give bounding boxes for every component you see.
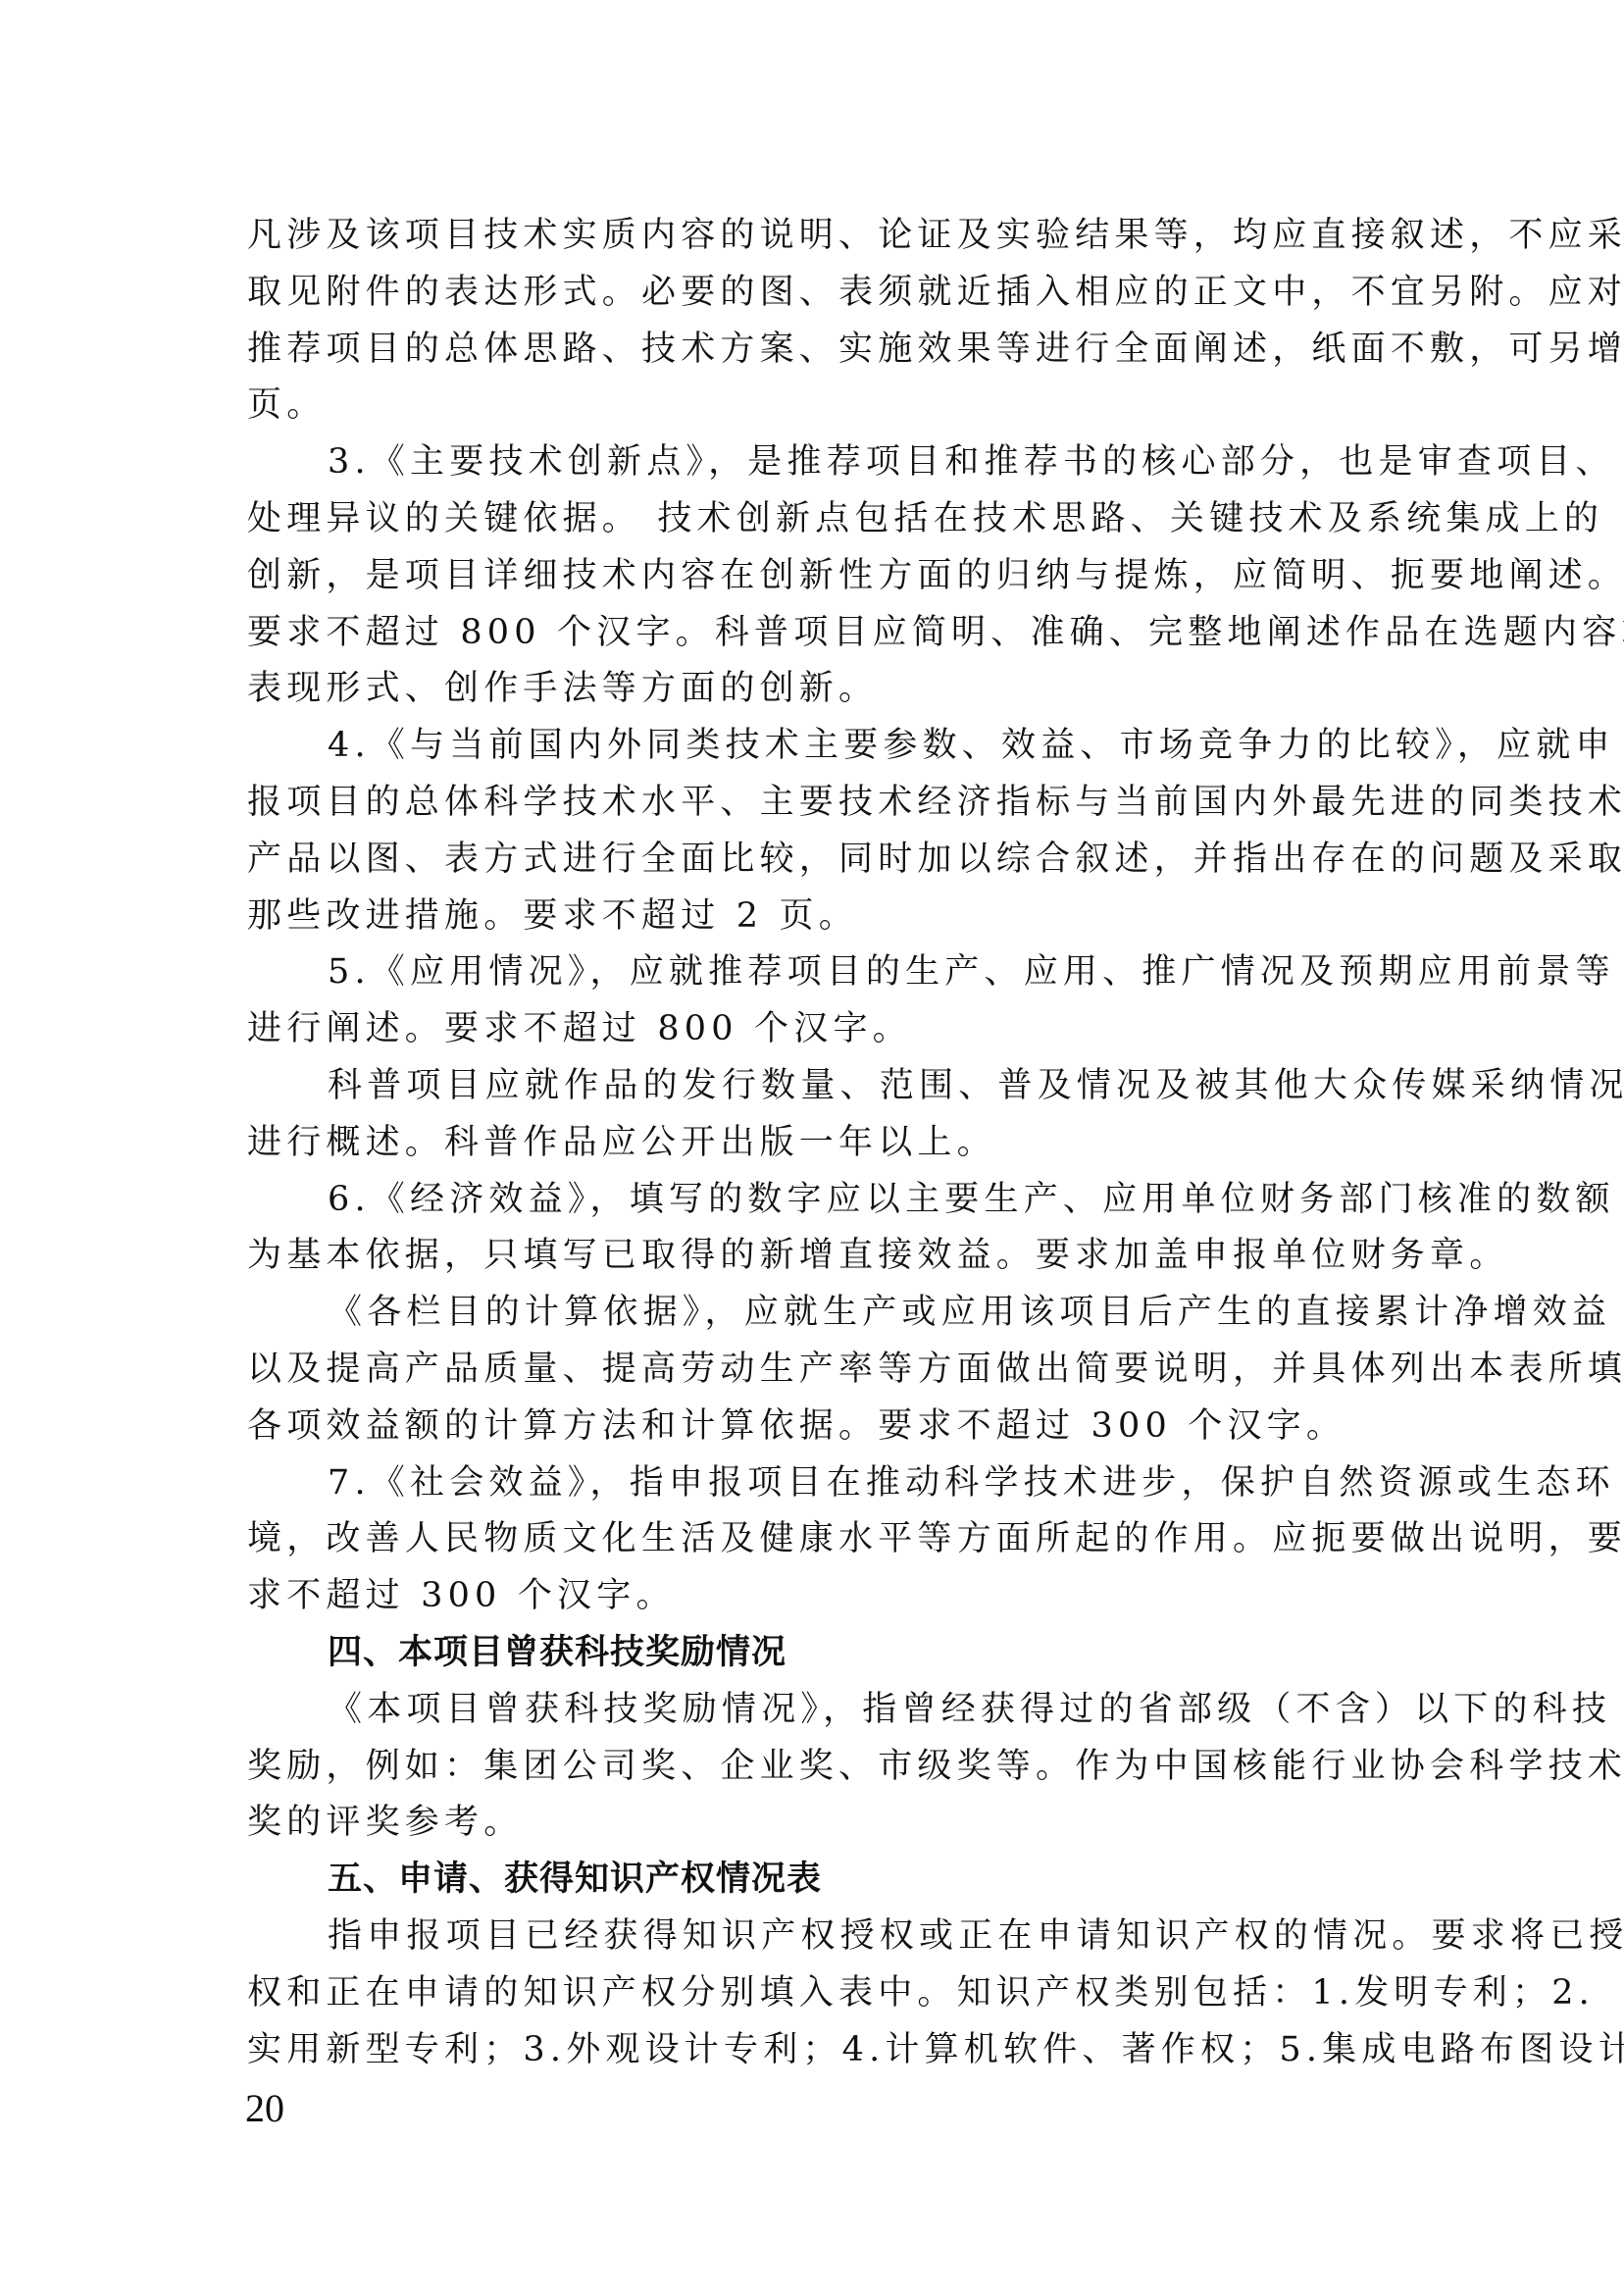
page-number: 20: [245, 2087, 284, 2130]
section-heading-4: 四、本项目曾获科技奖励情况: [247, 1625, 1381, 1682]
section-heading-5: 五、申请、获得知识产权情况表: [247, 1852, 1381, 1909]
paragraph-item-5: 5.《应用情况》，应就推荐项目的生产、应用、推广情况及预期应用前景等 进行阐述。…: [247, 944, 1381, 1058]
paragraph-popular-science: 科普项目应就作品的发行数量、范围、普及情况及被其他大众传媒采纳情况 进行概述。科…: [247, 1058, 1381, 1172]
text-line: 权和正在申请的知识产权分别填入表中。知识产权类别包括：1.发明专利；2.: [247, 1965, 1381, 2022]
text-line: 5.《应用情况》，应就推荐项目的生产、应用、推广情况及预期应用前景等: [247, 944, 1381, 1001]
paragraph-awards: 《本项目曾获科技奖励情况》，指曾经获得过的省部级（不含）以下的科技 奖励，例如：…: [247, 1682, 1381, 1852]
text-line: 3.《主要技术创新点》，是推荐项目和推荐书的核心部分，也是审查项目、: [247, 434, 1381, 491]
text-line: 4.《与当前国内外同类技术主要参数、效益、市场竞争力的比较》，应就申: [247, 718, 1381, 775]
text-line: 各项效益额的计算方法和计算依据。要求不超过 300 个汉字。: [247, 1399, 1381, 1455]
text-line: 取见附件的表达形式。必要的图、表须就近插入相应的正文中，不宜另附。应对: [247, 265, 1381, 322]
text-line: 以及提高产品质量、提高劳动生产率等方面做出简要说明，并具体列出本表所填: [247, 1342, 1381, 1399]
text-line: 要求不超过 800 个汉字。科普项目应简明、准确、完整地阐述作品在选题内容或: [247, 605, 1381, 662]
text-line: 进行概述。科普作品应公开出版一年以上。: [247, 1115, 1381, 1172]
text-line: 6.《经济效益》，填写的数字应以主要生产、应用单位财务部门核准的数额: [247, 1172, 1381, 1229]
document-body: 凡涉及该项目技术实质内容的说明、论证及实验结果等，均应直接叙述，不应采 取见附件…: [247, 208, 1381, 2078]
text-line: 《各栏目的计算依据》，应就生产或应用该项目后产生的直接累计净增效益: [247, 1285, 1381, 1342]
paragraph-item-6: 6.《经济效益》，填写的数字应以主要生产、应用单位财务部门核准的数额 为基本依据…: [247, 1172, 1381, 1286]
text-line: 处理异议的关键依据。 技术创新点包括在技术思路、关键技术及系统集成上的: [247, 491, 1381, 548]
text-line: 进行阐述。要求不超过 800 个汉字。: [247, 1001, 1381, 1058]
text-line: 创新，是项目详细技术内容在创新性方面的归纳与提炼，应简明、扼要地阐述。: [247, 548, 1381, 605]
paragraph-item-3: 3.《主要技术创新点》，是推荐项目和推荐书的核心部分，也是审查项目、 处理异议的…: [247, 434, 1381, 718]
text-line: 《本项目曾获科技奖励情况》，指曾经获得过的省部级（不含）以下的科技: [247, 1682, 1381, 1739]
text-line: 境，改善人民物质文化生活及健康水平等方面所起的作用。应扼要做出说明，要: [247, 1511, 1381, 1568]
text-line: 7.《社会效益》，指申报项目在推动科学技术进步，保护自然资源或生态环: [247, 1455, 1381, 1512]
text-line: 奖励，例如：集团公司奖、企业奖、市级奖等。作为中国核能行业协会科学技术: [247, 1739, 1381, 1796]
text-line: 表现形式、创作手法等方面的创新。: [247, 661, 1381, 718]
text-line: 那些改进措施。要求不超过 2 页。: [247, 889, 1381, 945]
text-line: 页。: [247, 378, 1381, 434]
paragraph-item-7: 7.《社会效益》，指申报项目在推动科学技术进步，保护自然资源或生态环 境，改善人…: [247, 1455, 1381, 1625]
paragraph-calculation-basis: 《各栏目的计算依据》，应就生产或应用该项目后产生的直接累计净增效益 以及提高产品…: [247, 1285, 1381, 1454]
text-line: 科普项目应就作品的发行数量、范围、普及情况及被其他大众传媒采纳情况: [247, 1058, 1381, 1115]
paragraph-continuation: 凡涉及该项目技术实质内容的说明、论证及实验结果等，均应直接叙述，不应采 取见附件…: [247, 208, 1381, 434]
text-line: 指申报项目已经获得知识产权授权或正在申请知识产权的情况。要求将已授: [247, 1909, 1381, 1965]
text-line: 推荐项目的总体思路、技术方案、实施效果等进行全面阐述，纸面不敷，可另增: [247, 322, 1381, 379]
paragraph-item-4: 4.《与当前国内外同类技术主要参数、效益、市场竞争力的比较》，应就申 报项目的总…: [247, 718, 1381, 944]
text-line: 实用新型专利；3.外观设计专利；4.计算机软件、著作权；5.集成电路布图设计: [247, 2022, 1381, 2079]
text-line: 奖的评奖参考。: [247, 1795, 1381, 1852]
text-line: 求不超过 300 个汉字。: [247, 1568, 1381, 1625]
text-line: 为基本依据，只填写已取得的新增直接效益。要求加盖申报单位财务章。: [247, 1228, 1381, 1285]
text-line: 报项目的总体科学技术水平、主要技术经济指标与当前国内外最先进的同类技术、: [247, 775, 1381, 832]
paragraph-ip: 指申报项目已经获得知识产权授权或正在申请知识产权的情况。要求将已授 权和正在申请…: [247, 1909, 1381, 2078]
text-line: 产品以图、表方式进行全面比较，同时加以综合叙述，并指出存在的问题及采取: [247, 832, 1381, 889]
text-line: 凡涉及该项目技术实质内容的说明、论证及实验结果等，均应直接叙述，不应采: [247, 208, 1381, 265]
